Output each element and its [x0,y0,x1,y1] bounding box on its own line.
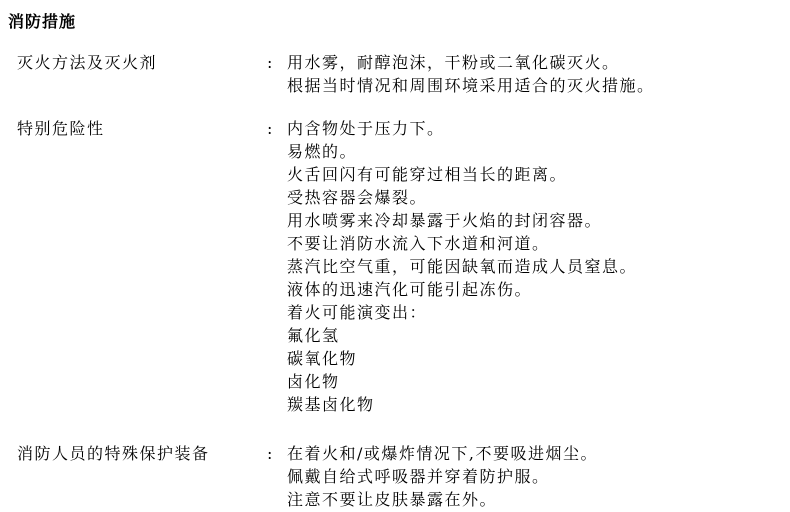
value-line: 液体的迅速汽化可能引起冻伤。 [287,278,790,301]
sections-container: 灭火方法及灭火剂 : 用水雾，耐醇泡沫，干粉或二氧化碳灭火。根据当时情况和周围环… [17,51,790,511]
value-line: 火舌回闪有可能穿过相当长的距离。 [287,163,790,186]
value-line: 注意不要让皮肤暴露在外。 [287,488,790,511]
colon-separator: : [267,51,287,74]
value-line: 卤化物 [287,370,790,393]
value-line: 着火可能演变出： [287,301,790,324]
field-row: 消防人员的特殊保护装备 : 在着火和/或爆炸情况下,不要吸进烟尘。佩戴自给式呼吸… [17,442,790,511]
value-line: 用水雾，耐醇泡沫，干粉或二氧化碳灭火。 [287,51,790,74]
value-line: 蒸汽比空气重，可能因缺氧而造成人员窒息。 [287,255,790,278]
field-value: 用水雾，耐醇泡沫，干粉或二氧化碳灭火。根据当时情况和周围环境采用适合的灭火措施。 [287,51,790,97]
value-line: 用水喷雾来冷却暴露于火焰的封闭容器。 [287,209,790,232]
value-line: 氟化氢 [287,324,790,347]
field-value: 在着火和/或爆炸情况下,不要吸进烟尘。佩戴自给式呼吸器并穿着防护服。注意不要让皮… [287,442,790,511]
value-line: 在着火和/或爆炸情况下,不要吸进烟尘。 [287,442,790,465]
value-line: 佩戴自给式呼吸器并穿着防护服。 [287,465,790,488]
field-value: 内含物处于压力下。易燃的。火舌回闪有可能穿过相当长的距离。受热容器会爆裂。用水喷… [287,117,790,416]
value-line: 不要让消防水流入下水道和河道。 [287,232,790,255]
value-line: 羰基卤化物 [287,393,790,416]
value-line: 碳氧化物 [287,347,790,370]
field-label: 消防人员的特殊保护装备 [17,442,267,465]
colon-separator: : [267,442,287,465]
field-row: 灭火方法及灭火剂 : 用水雾，耐醇泡沫，干粉或二氧化碳灭火。根据当时情况和周围环… [17,51,790,97]
field-label: 特别危险性 [17,117,267,140]
field-label: 灭火方法及灭火剂 [17,51,267,74]
value-line: 内含物处于压力下。 [287,117,790,140]
colon-separator: : [267,117,287,140]
value-line: 易燃的。 [287,140,790,163]
value-line: 根据当时情况和周围环境采用适合的灭火措施。 [287,74,790,97]
section-heading: 消防措施 [8,12,790,31]
value-line: 受热容器会爆裂。 [287,186,790,209]
field-row: 特别危险性 : 内含物处于压力下。易燃的。火舌回闪有可能穿过相当长的距离。受热容… [17,117,790,416]
document-page: 消防措施 灭火方法及灭火剂 : 用水雾，耐醇泡沫，干粉或二氧化碳灭火。根据当时情… [0,0,790,512]
